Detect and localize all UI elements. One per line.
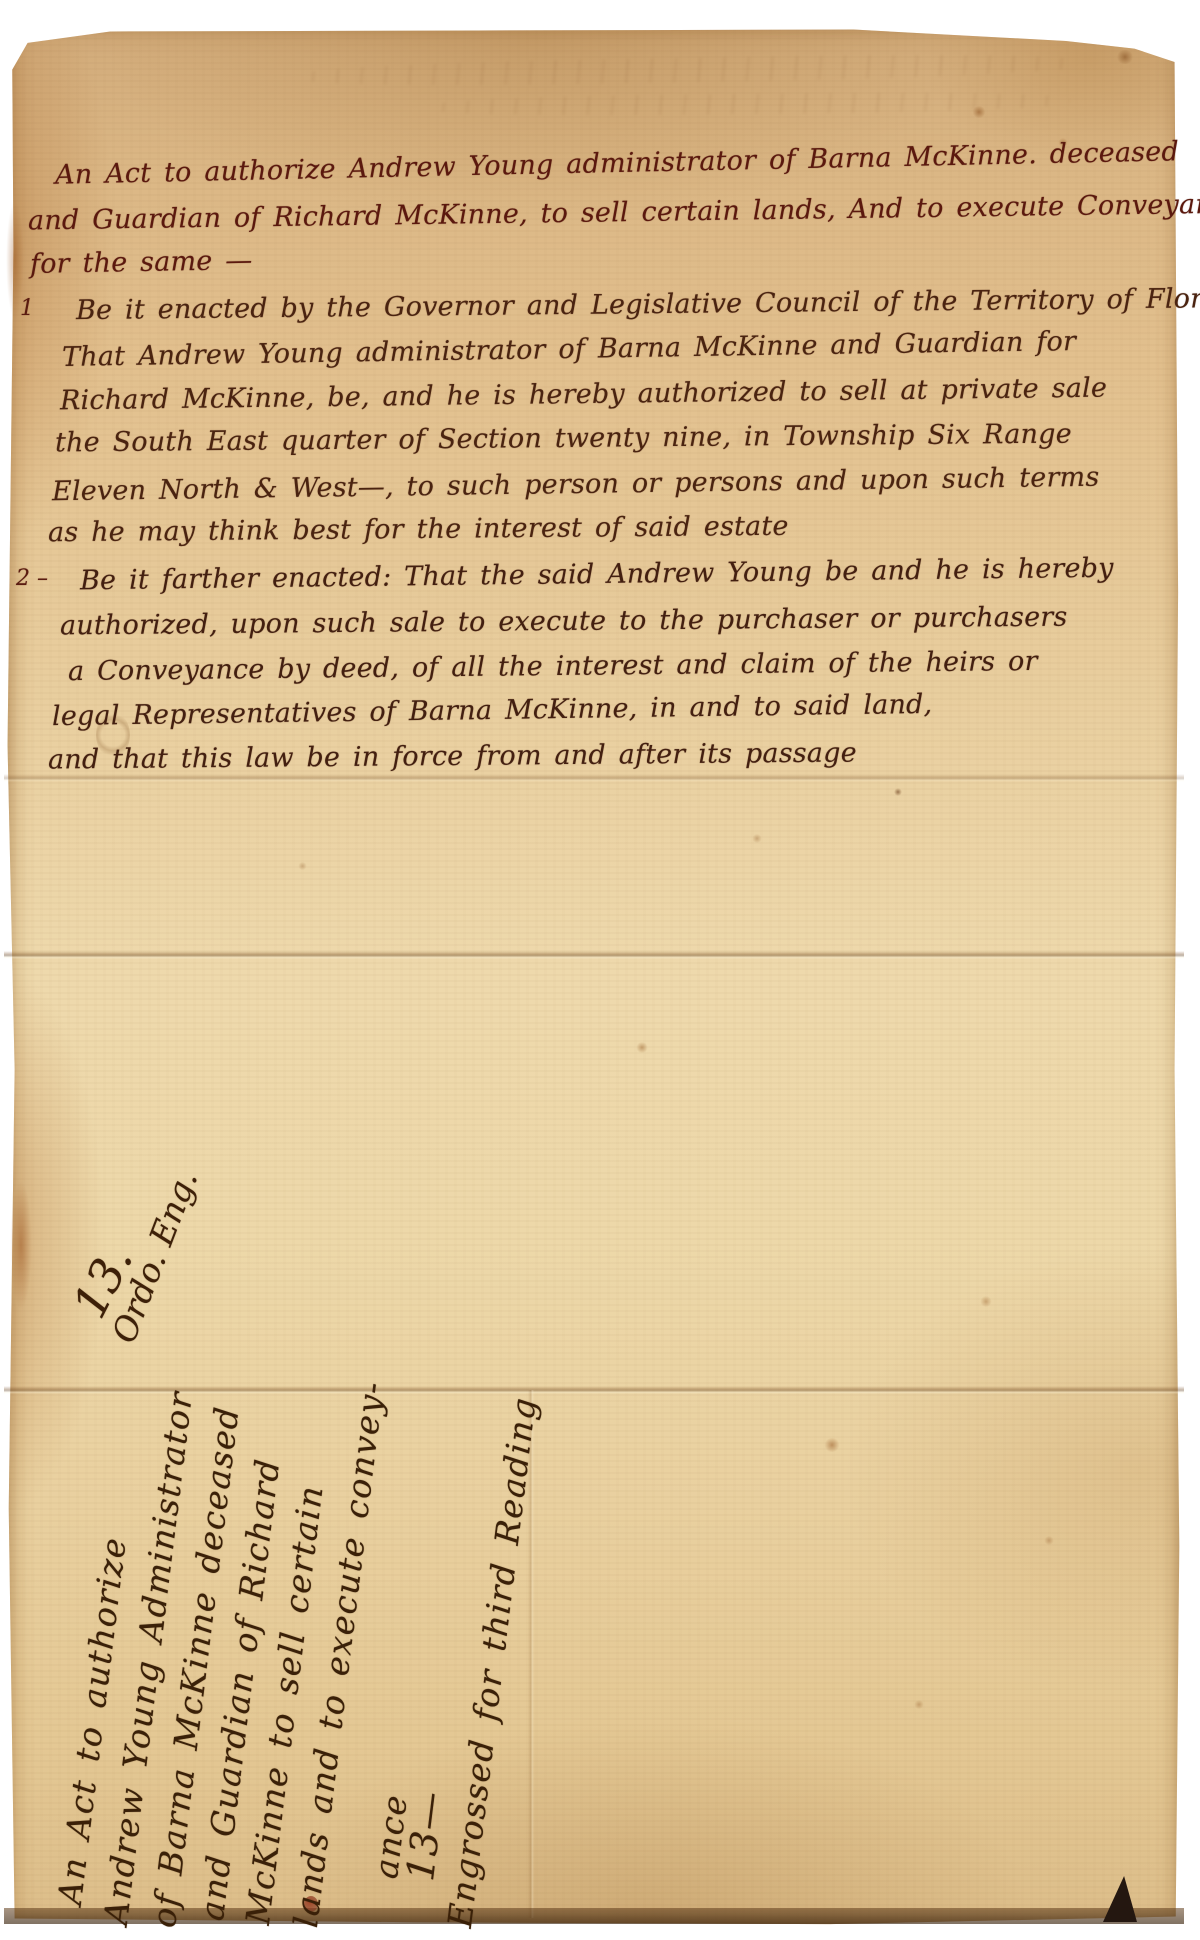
section-number: 1 bbox=[20, 296, 34, 321]
stain bbox=[10, 1180, 32, 1310]
stain bbox=[298, 862, 307, 870]
body-line: as he may think best for the interest of… bbox=[48, 511, 789, 548]
scanned-document-page: An Act to authorize Andrew Young adminis… bbox=[0, 0, 1200, 1940]
section-number: 2 – bbox=[16, 566, 48, 591]
stain bbox=[636, 1042, 648, 1053]
stain bbox=[1044, 1536, 1054, 1545]
stain bbox=[824, 1438, 840, 1452]
fold-crease-middle bbox=[4, 951, 1184, 959]
stain bbox=[980, 1296, 992, 1307]
stain bbox=[1116, 50, 1134, 64]
title-line: for the same — bbox=[30, 245, 253, 280]
stain bbox=[752, 834, 762, 843]
stain bbox=[914, 1700, 924, 1709]
stain bbox=[894, 788, 902, 796]
fold-crease-upper bbox=[4, 774, 1184, 782]
